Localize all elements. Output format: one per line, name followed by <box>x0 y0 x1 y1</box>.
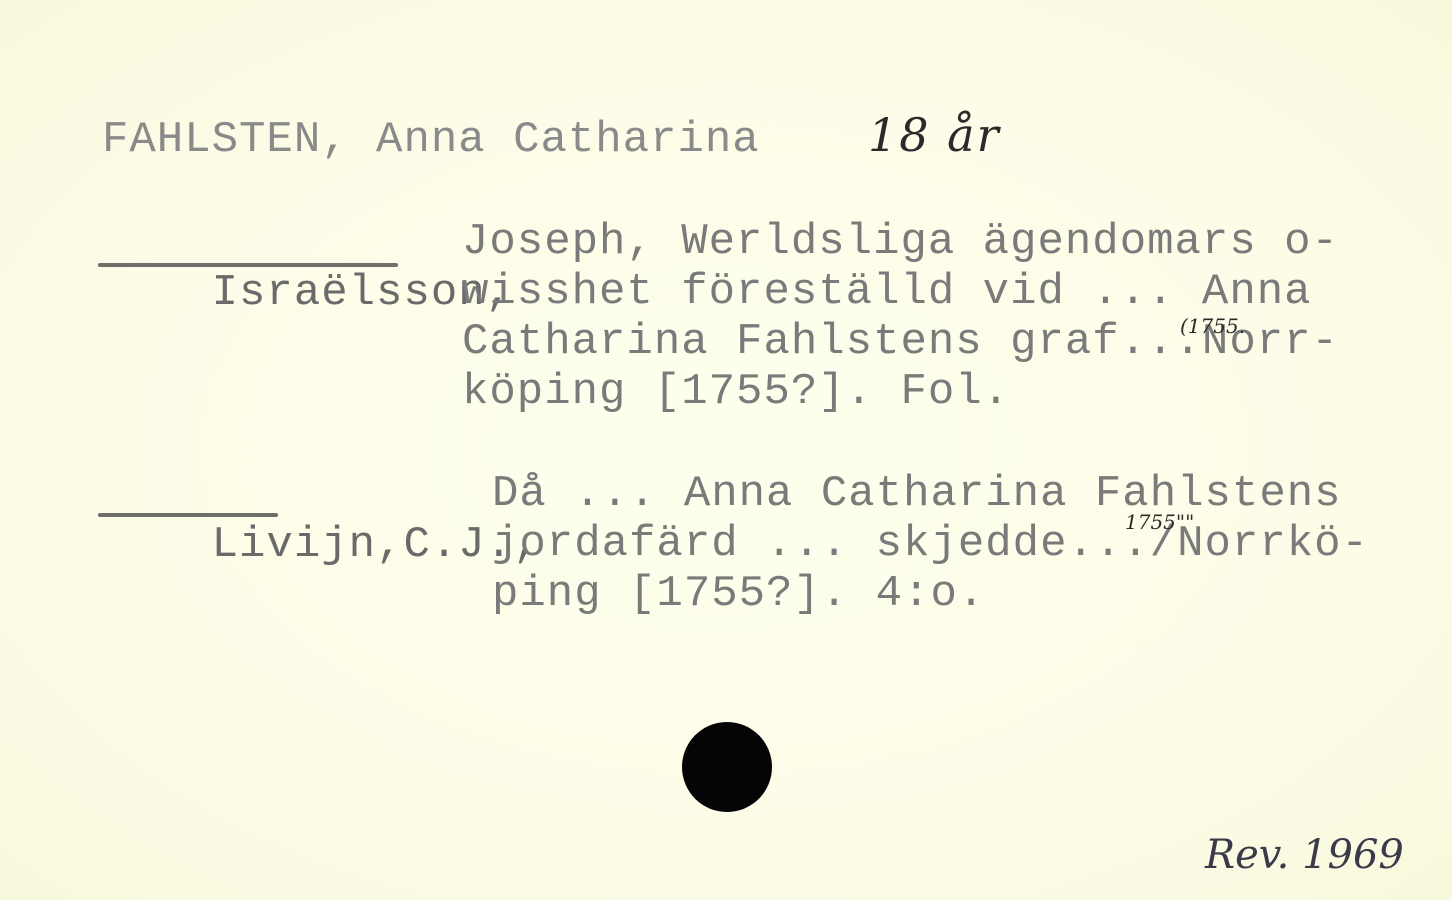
entry-2-line-1: Då ... Anna Catharina Fahlstens <box>492 470 1342 519</box>
entry-2-author-name: Livijn <box>212 520 376 570</box>
punch-hole <box>682 722 772 812</box>
catalog-card: FAHLSTEN, Anna Catharina 18 år Israëlsso… <box>0 0 1452 900</box>
entry-1-line-2: wisshet föreställd vid ... Anna <box>462 268 1312 317</box>
entry-2-underline <box>98 513 278 517</box>
entry-1-handwritten-annotation: (1755. <box>1180 314 1245 338</box>
entry-2-line-3: ping [1755?]. 4:o. <box>492 570 985 619</box>
entry-1-line-1: Joseph, Werldsliga ägendomars o- <box>462 218 1339 267</box>
entry-2-author: Livijn,C.J., <box>102 470 541 620</box>
entry-1-author: Israëlsson, <box>102 218 513 368</box>
entry-1-line-4: köping [1755?]. Fol. <box>462 368 1010 417</box>
card-heading: FAHLSTEN, Anna Catharina <box>102 116 760 165</box>
entry-2-line-2: jordafärd ... skjedde.../Norrkö- <box>492 520 1369 569</box>
entry-2-handwritten-annotation: 1755"" <box>1125 510 1194 534</box>
revision-note: Rev. 1969 <box>1205 832 1404 878</box>
entry-1-author-name: Israëlsson <box>212 268 486 318</box>
entry-1-underline <box>98 263 398 267</box>
handwritten-age-note: 18 år <box>868 108 1001 162</box>
